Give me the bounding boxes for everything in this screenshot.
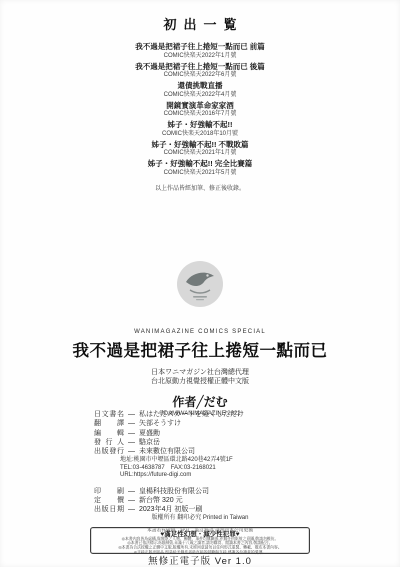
license-line: 日本ワニマガジン社台灣總代理	[0, 368, 400, 377]
credit-row: 日文書名—私はただスカートを短くしただけ	[94, 410, 306, 419]
entry-title: 開鏡實演革命家家酒	[0, 101, 400, 111]
entry-source: COMIC快楽天2021年5月號	[0, 169, 400, 177]
slogan-box: ♥滿足性幻想・減少性犯罪♥ ◎本書內容皆為虛構,與實際之人物、團體、事件均無關係…	[90, 527, 310, 554]
credit-row: 印刷—皇楊科技股份有限公司	[94, 487, 306, 496]
entry-title: 我不過是把裙子往上捲短一點而已 後篇	[0, 62, 400, 72]
imprint-label: WANIMAGAZINE COMICS SPECIAL	[0, 329, 400, 335]
publication-entry: 姊子・好強輸不起!! COMIC快楽天2018年10月號	[0, 120, 400, 138]
credit-row: 翻譯—矢部そうすけ	[94, 419, 306, 428]
license-lines: 日本ワニマガジン社台灣總代理 台北原動力視覺授權正體中文版	[0, 368, 400, 386]
credit-row: 定價—新台幣 320 元	[94, 496, 306, 505]
license-line: 台北原動力視覺授權正體中文版	[0, 377, 400, 386]
credit-label: 日文書名	[94, 410, 124, 419]
credit-separator: —	[128, 420, 135, 427]
entry-title: 我不過是把裙子往上捲短一點而已 前篇	[0, 42, 400, 52]
entry-source: COMIC快楽天2022年4月號	[0, 91, 400, 99]
entry-source: COMIC快楽天2021年1月號	[0, 149, 400, 157]
first-publication-section: 初出一覧 我不過是把裙子往上捲短一點而已 前篇 COMIC快楽天2022年1月號…	[0, 14, 400, 192]
credit-value: 新台幣 320 元	[139, 497, 183, 504]
credit-separator: —	[128, 439, 135, 446]
entry-source: COMIC快楽天2022年1月號	[0, 52, 400, 60]
entry-source: COMIC快楽天2016年7月號	[0, 110, 400, 118]
edition-version: 無修正電子版 Ver 1.0	[0, 553, 400, 567]
entry-title: 姊子・好強輸不起!! 不戰敗篇	[0, 140, 400, 150]
publisher-url: URL:https://future-digi.com	[120, 472, 306, 479]
credit-value: 私はただスカートを短くしただけ	[139, 411, 244, 418]
publication-entry: 姊子・好強輸不起!! 完全比賽篇 COMIC快楽天2021年5月號	[0, 159, 400, 177]
publication-entry: 我不過是把裙子往上捲短一點而已 前篇 COMIC快楽天2022年1月號	[0, 42, 400, 60]
credit-label: 出版發行	[94, 447, 124, 456]
publication-entry: 還債挑戰直播 COMIC快楽天2022年4月號	[0, 81, 400, 99]
crocodile-icon	[176, 260, 224, 308]
wanimagazine-logo	[176, 260, 224, 308]
credit-value: 皇楊科技股份有限公司	[139, 488, 209, 495]
credit-separator: —	[128, 497, 135, 504]
book-title: 我不過是把裙子往上捲短一點而已	[0, 337, 400, 361]
credits-block: 日文書名—私はただスカートを短くしただけ 翻譯—矢部そうすけ 編輯—夏盛勳 發行…	[94, 410, 306, 515]
entry-title: 姊子・好強輸不起!!	[0, 120, 400, 130]
entry-title: 姊子・好強輸不起!! 完全比賽篇	[0, 159, 400, 169]
first-publication-title: 初出一覧	[0, 14, 400, 33]
author-line: 作者╱だむ	[0, 393, 400, 410]
credit-value: 未來數位有限公司	[139, 448, 195, 455]
credit-label: 翻譯	[94, 419, 124, 428]
entry-source: COMIC快楽天2018年10月號	[0, 130, 400, 138]
publication-entry: 姊子・好強輸不起!! 不戰敗篇 COMIC快楽天2021年1月號	[0, 140, 400, 158]
publisher-contact: 地址:桃園市中壢區環北路420巷42弄4號1F TEL:03-4638787 F…	[120, 457, 306, 479]
credit-label: 印刷	[94, 487, 124, 496]
publication-entry: 我不過是把裙子往上捲短一點而已 後篇 COMIC快楽天2022年6月號	[0, 62, 400, 80]
publication-entries: 我不過是把裙子往上捲短一點而已 前篇 COMIC快楽天2022年1月號 我不過是…	[0, 42, 400, 177]
credit-row: 編輯—夏盛勳	[94, 429, 306, 438]
credit-label: 編輯	[94, 429, 124, 438]
credit-label: 定價	[94, 496, 124, 505]
colophon-page: 初出一覧 我不過是把裙子往上捲短一點而已 前篇 COMIC快楽天2022年1月號…	[0, 0, 400, 567]
credit-separator: —	[128, 430, 135, 437]
credit-value: 夏盛勳	[139, 430, 160, 437]
credit-row: 出版發行—未來數位有限公司	[94, 447, 306, 456]
book-title-block: WANIMAGAZINE COMICS SPECIAL 我不過是把裙子往上捲短一…	[0, 329, 400, 417]
credit-separator: —	[128, 411, 135, 418]
credit-separator: —	[128, 448, 135, 455]
entry-source: COMIC快楽天2022年6月號	[0, 71, 400, 79]
publication-entry: 開鏡實演革命家家酒 COMIC快楽天2016年7月號	[0, 101, 400, 119]
credit-row: 發行人—駱京岳	[94, 438, 306, 447]
credit-separator: —	[128, 488, 135, 495]
publisher-address: 地址:桃園市中壢區環北路420巷42弄4號1F	[120, 457, 306, 464]
publisher-phone: TEL:03-4638787 FAX:03-2168021	[120, 465, 306, 472]
credit-label: 發行人	[94, 438, 124, 447]
entry-title: 還債挑戰直播	[0, 81, 400, 91]
entries-note: 以上作品皆經加筆、修正後收錄。	[0, 183, 400, 192]
credit-value: 矢部そうすけ	[139, 420, 181, 427]
credit-value: 駱京岳	[139, 439, 160, 446]
